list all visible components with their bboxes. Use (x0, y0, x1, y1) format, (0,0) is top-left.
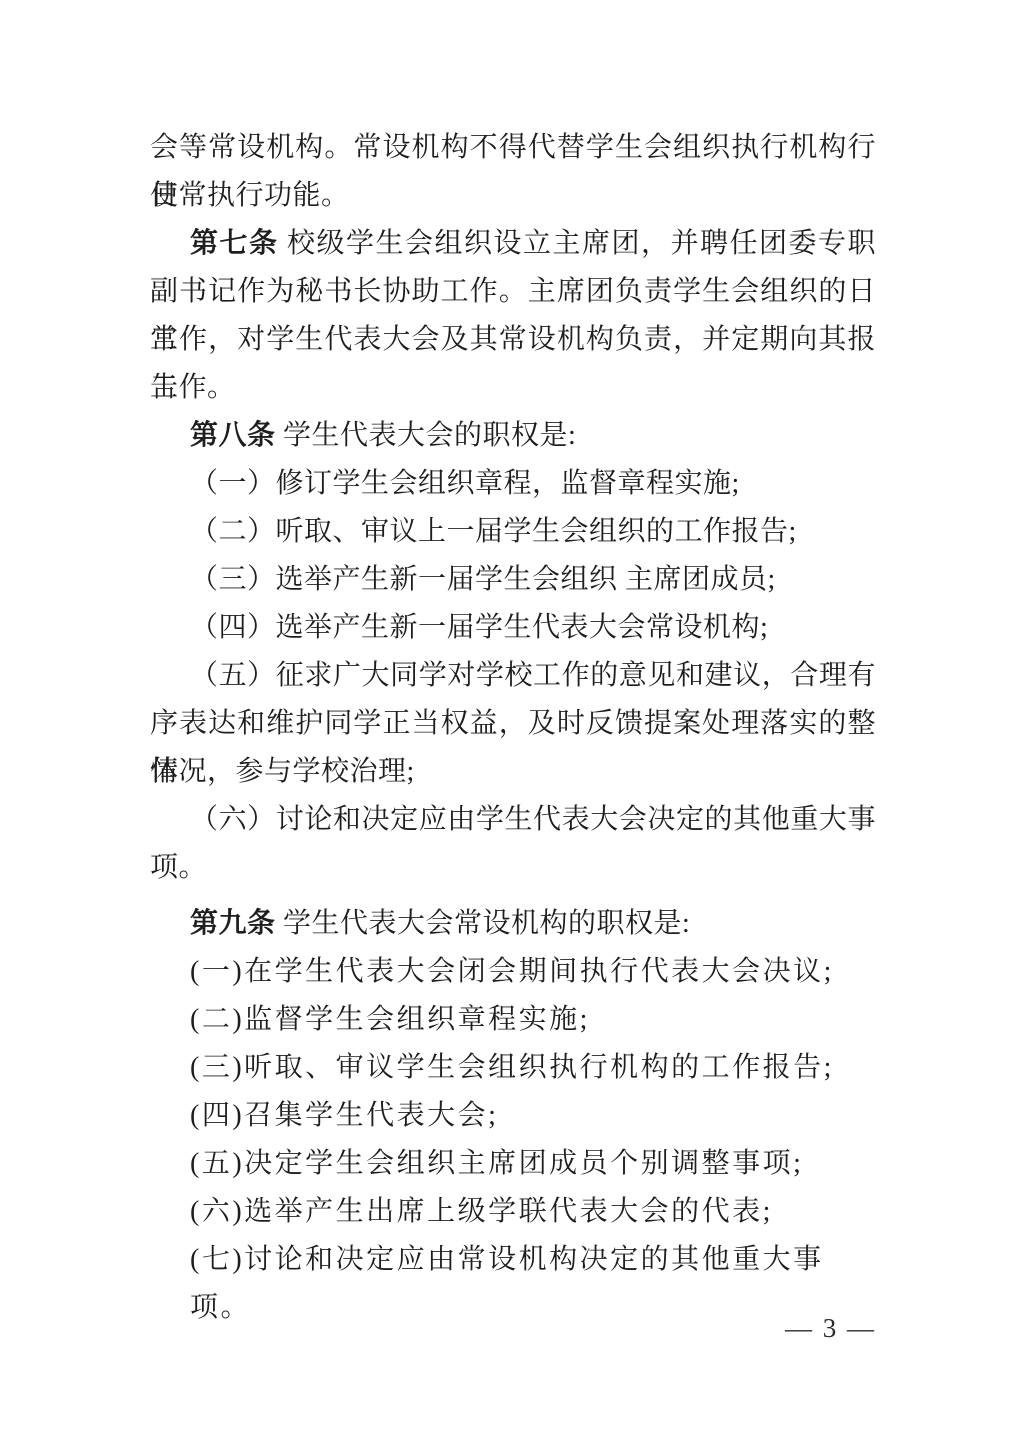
article-8-item-2-text: （二）听取、审议上一届学生会组织的工作报告; (190, 516, 797, 547)
article-9-heading-line: 第九条 学生代表大会常设机构的职权是: (150, 900, 876, 948)
page-number: — 3 — (150, 1308, 876, 1348)
article-7-label: 第七条 (190, 228, 279, 259)
article-8-text: 学生代表大会的职权是: (276, 420, 577, 451)
article-9-item-5-text: (五)决定学生会组织主席团成员个别调整事项; (190, 1148, 803, 1179)
article-8-item-2: （二）听取、审议上一届学生会组织的工作报告; (150, 508, 876, 556)
doc-line-2-text: 日常执行功能。 (150, 180, 350, 211)
article-7-text: 校级学生会组织设立主席团，并聘任团委专职 (279, 228, 876, 259)
article-8-item-6-line-1: （六）讨论和决定应由学生代表大会决定的其他重大事 (150, 796, 876, 844)
article-9-item-4-text: (四)召集学生代表大会; (190, 1100, 498, 1131)
document-text-block: 会等常设机构。常设机构不得代替学生会组织执行机构行使 日常执行功能。 第七条 校… (150, 124, 876, 1284)
article-8-item-4-text: （四）选举产生新一届学生代表大会常设机构; (190, 612, 768, 643)
article-8-item-5-line-3: 情况，参与学校治理; (150, 748, 876, 796)
article-8-item-3-text: （三）选举产生新一届学生会组织 主席团成员; (190, 564, 776, 595)
article-8-item-4: （四）选举产生新一届学生代表大会常设机构; (150, 604, 876, 652)
article-9-item-7: (七)讨论和决定应由常设机构决定的其他重大事项。 (150, 1236, 876, 1284)
article-8-item-6-line-2: 项。 (150, 844, 876, 892)
doc-line-2: 日常执行功能。 (150, 172, 876, 220)
article-9-item-1-text: (一)在学生代表大会闭会期间执行代表大会决议; (190, 956, 834, 987)
article-8-heading-line: 第八条 学生代表大会的职权是: (150, 412, 876, 460)
article-9-item-6-text: (六)选举产生出席上级学联代表大会的代表; (190, 1196, 773, 1227)
doc-line-4: 副书记作为秘书长协助工作。主席团负责学生会组织的日常 (150, 268, 876, 316)
doc-line-1: 会等常设机构。常设机构不得代替学生会组织执行机构行使 (150, 124, 876, 172)
doc-line-16-text: 项。 (150, 852, 207, 883)
article-8-item-1: （一）修订学生会组织章程，监督章程实施; (150, 460, 876, 508)
article-8-label: 第八条 (190, 420, 276, 451)
doc-line-6-text: 工作。 (150, 372, 236, 403)
article-8-item-5-line-1: （五）征求广大同学对学校工作的意见和建议，合理有 (150, 652, 876, 700)
article-9-item-4: (四)召集学生代表大会; (150, 1092, 876, 1140)
article-9-item-5: (五)决定学生会组织主席团成员个别调整事项; (150, 1140, 876, 1188)
doc-line-6: 工作。 (150, 364, 876, 412)
article-8-item-5-line-2: 序表达和维护同学正当权益，及时反馈提案处理落实的整体 (150, 700, 876, 748)
doc-line-5: 工作，对学生代表大会及其常设机构负责，并定期向其报告 (150, 316, 876, 364)
document-page: 会等常设机构。常设机构不得代替学生会组织执行机构行使 日常执行功能。 第七条 校… (0, 0, 1024, 1447)
article-9-text: 学生代表大会常设机构的职权是: (276, 908, 691, 939)
article-8-item-3: （三）选举产生新一届学生会组织 主席团成员; (150, 556, 876, 604)
article-9-item-2-text: (二)监督学生会组织章程实施; (190, 1004, 590, 1035)
article-9-item-6: (六)选举产生出席上级学联代表大会的代表; (150, 1188, 876, 1236)
article-9-item-3-text: (三)听取、审议学生会组织执行机构的工作报告; (190, 1052, 834, 1083)
doc-line-14-text: 情况，参与学校治理; (150, 756, 415, 787)
article-8-item-5-text: （五）征求广大同学对学校工作的意见和建议，合理有 (190, 660, 876, 691)
article-9-label: 第九条 (190, 908, 276, 939)
article-8-item-1-text: （一）修订学生会组织章程，监督章程实施; (190, 468, 740, 499)
article-7-heading-line: 第七条 校级学生会组织设立主席团，并聘任团委专职 (150, 220, 876, 268)
article-9-item-1: (一)在学生代表大会闭会期间执行代表大会决议; (150, 948, 876, 996)
article-8-item-6-text: （六）讨论和决定应由学生代表大会决定的其他重大事 (190, 804, 876, 835)
article-9-item-3: (三)听取、审议学生会组织执行机构的工作报告; (150, 1044, 876, 1092)
article-9-item-2: (二)监督学生会组织章程实施; (150, 996, 876, 1044)
